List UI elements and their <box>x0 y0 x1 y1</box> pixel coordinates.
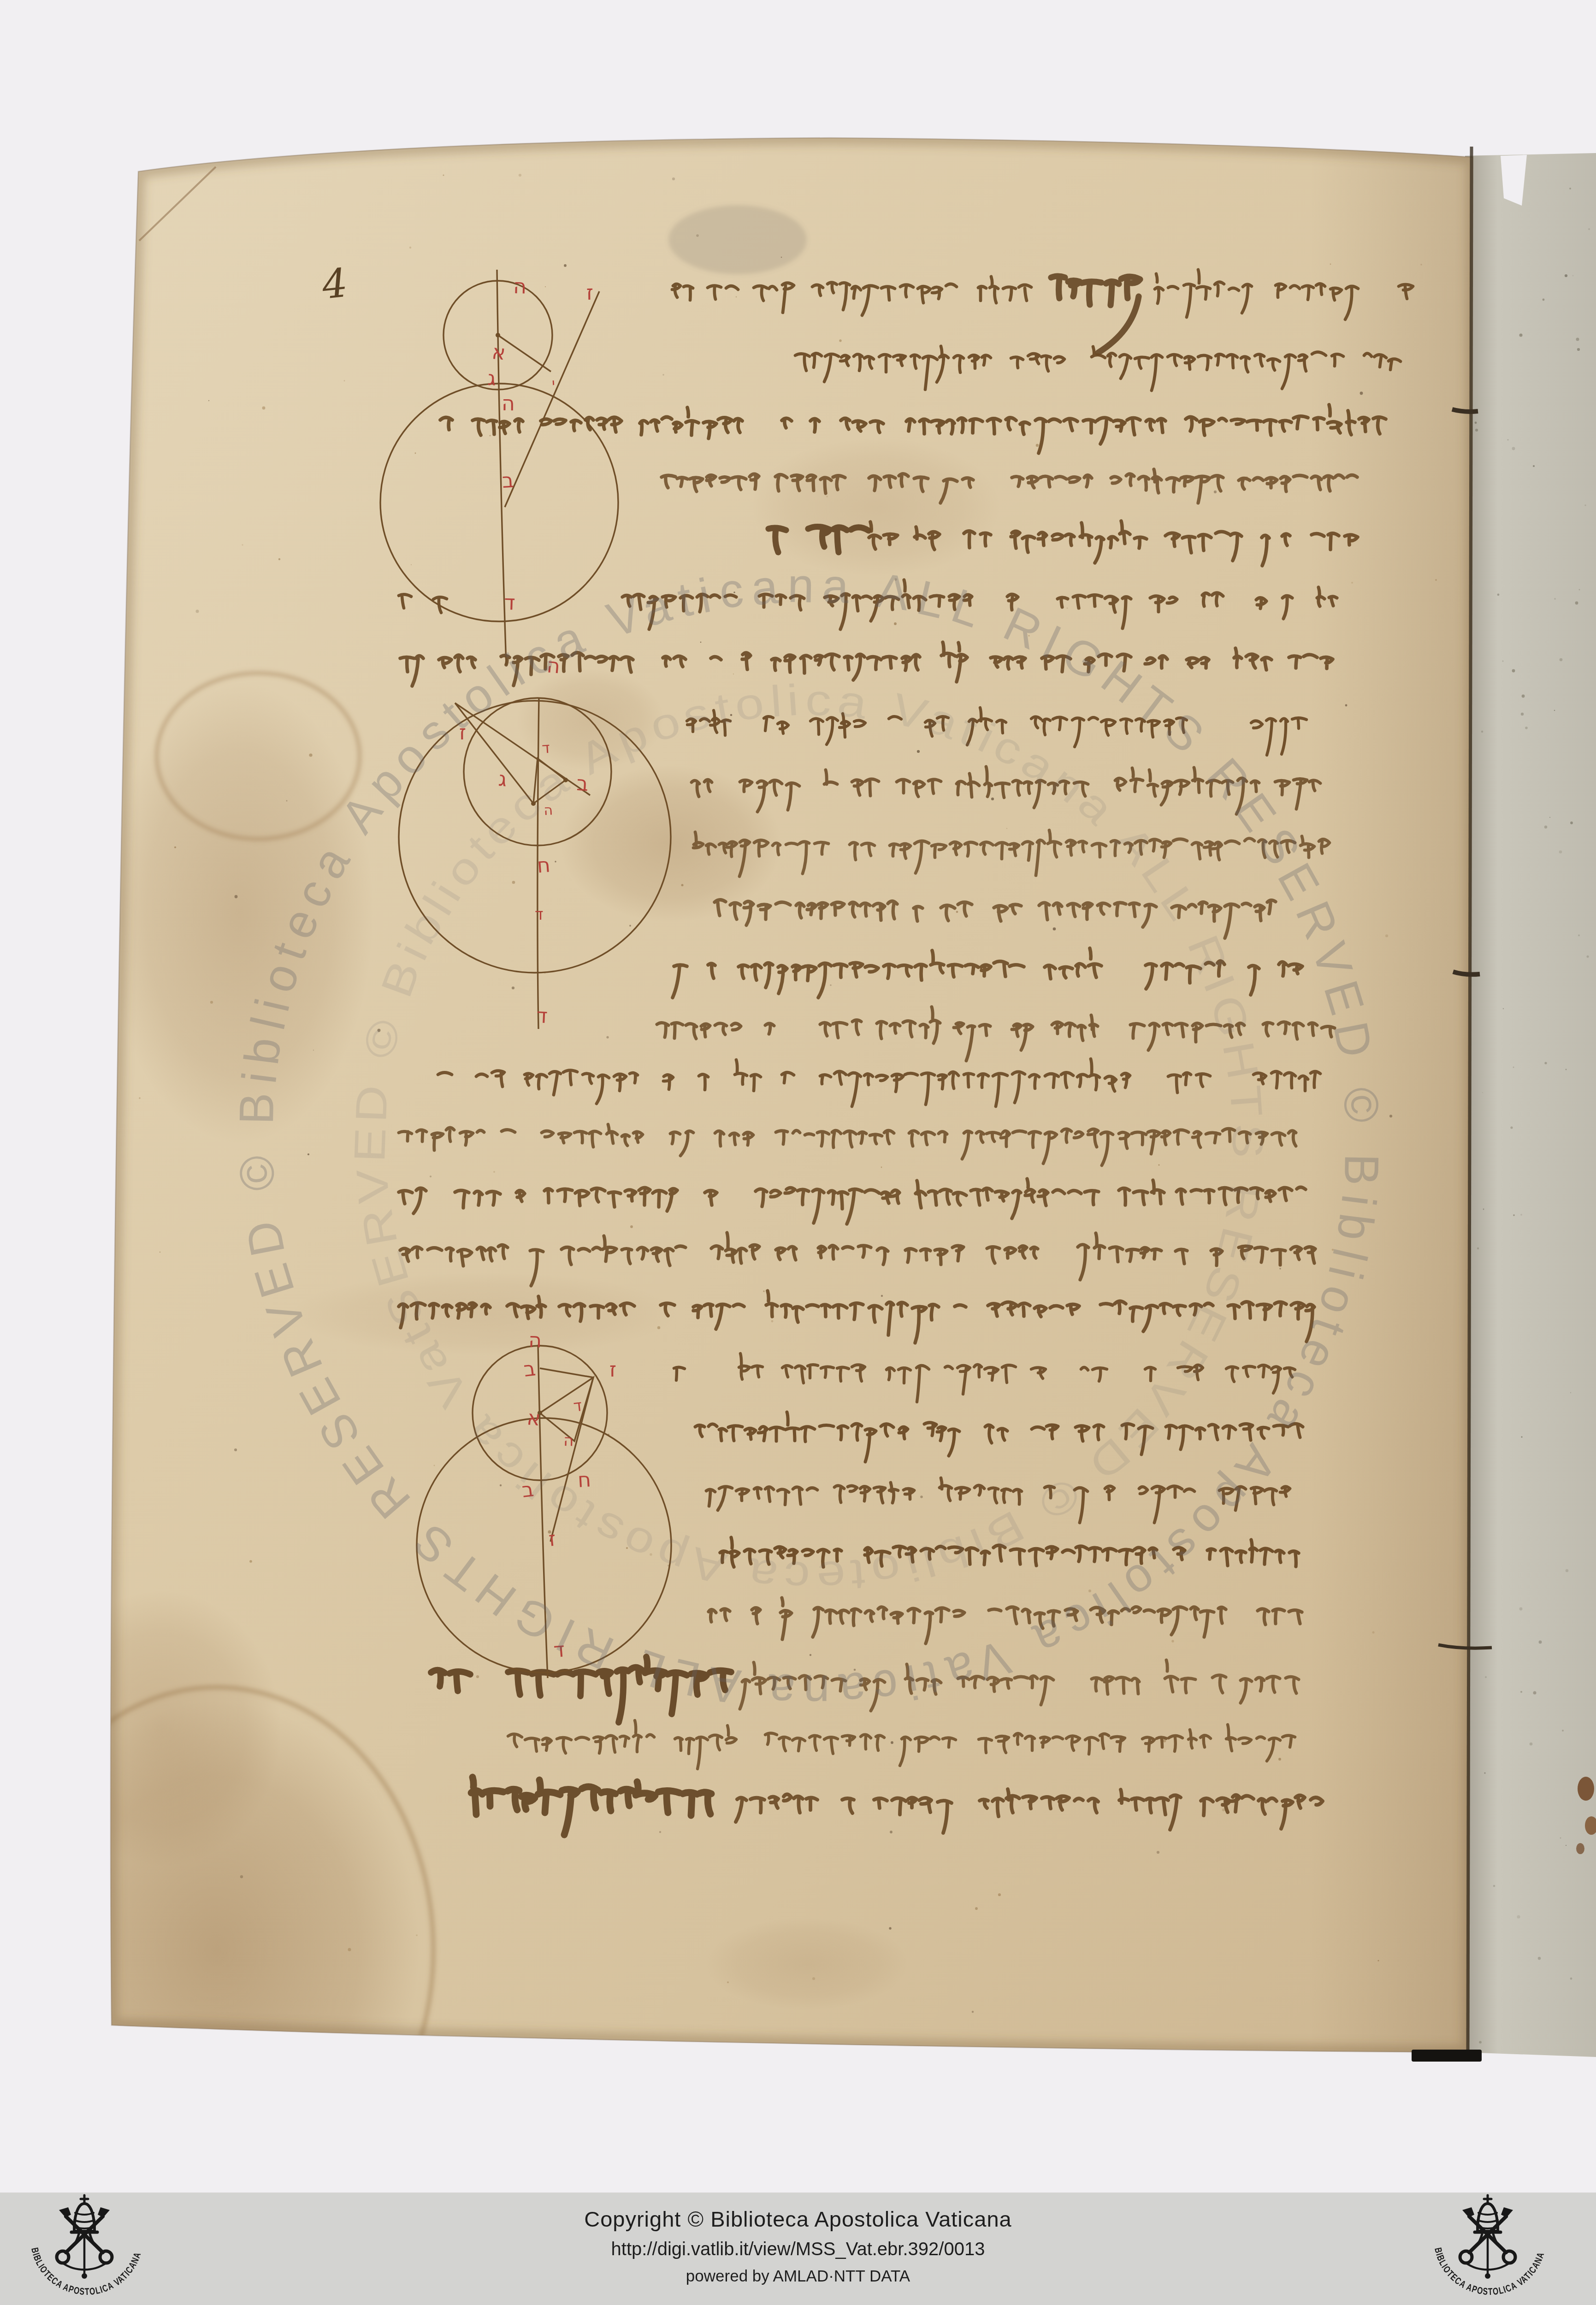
diagram-label: א <box>526 1406 542 1430</box>
diagram-label: ז <box>609 1358 617 1382</box>
source-url: http://digi.vatlib.it/view/MSS_Vat.ebr.3… <box>611 2239 985 2260</box>
footer-bar: BIBLIOTECA APOSTOLICA VATICANA Copyright… <box>0 2193 1596 2305</box>
facing-page-edge <box>1465 153 1596 2057</box>
diagram-label: ה <box>563 1431 574 1450</box>
diagram-label: ה <box>528 1329 542 1353</box>
diagram-label: ח <box>536 853 551 878</box>
powered-by-line: powered by AMLAD·NTT DATA <box>686 2267 910 2286</box>
stitch-mark <box>1452 409 1478 412</box>
diagram-label: ד <box>504 591 516 615</box>
diagram-label: ב <box>502 469 514 493</box>
diagram-label: ד <box>536 1004 548 1028</box>
diagram-label: ד <box>535 905 544 924</box>
diagram-label: ד <box>541 739 550 757</box>
vatican-logo-right: BIBLIOTECA APOSTOLICA VATICANA <box>1416 2193 1568 2305</box>
diagram-label: ה <box>502 392 515 415</box>
binding-gap <box>1412 2050 1482 2062</box>
diagram-label: ה <box>513 275 527 299</box>
folio-number: 4 <box>319 260 350 308</box>
copyright-line: Copyright © Biblioteca Apostolica Vatica… <box>584 2206 1011 2232</box>
logo-ring-text: BIBLIOTECA APOSTOLICA VATICANA <box>1432 2246 1547 2297</box>
digitized-manuscript-page: 4 הזא <box>0 0 1596 2305</box>
diagram-label: ג <box>487 366 497 390</box>
diagram-label: א <box>491 340 507 365</box>
crossed-keys-emblem <box>1460 2195 1515 2279</box>
manuscript-scan: 4 הזא <box>0 0 1596 2305</box>
stitch-mark <box>1453 972 1480 975</box>
diagram-label: ז <box>586 281 594 305</box>
